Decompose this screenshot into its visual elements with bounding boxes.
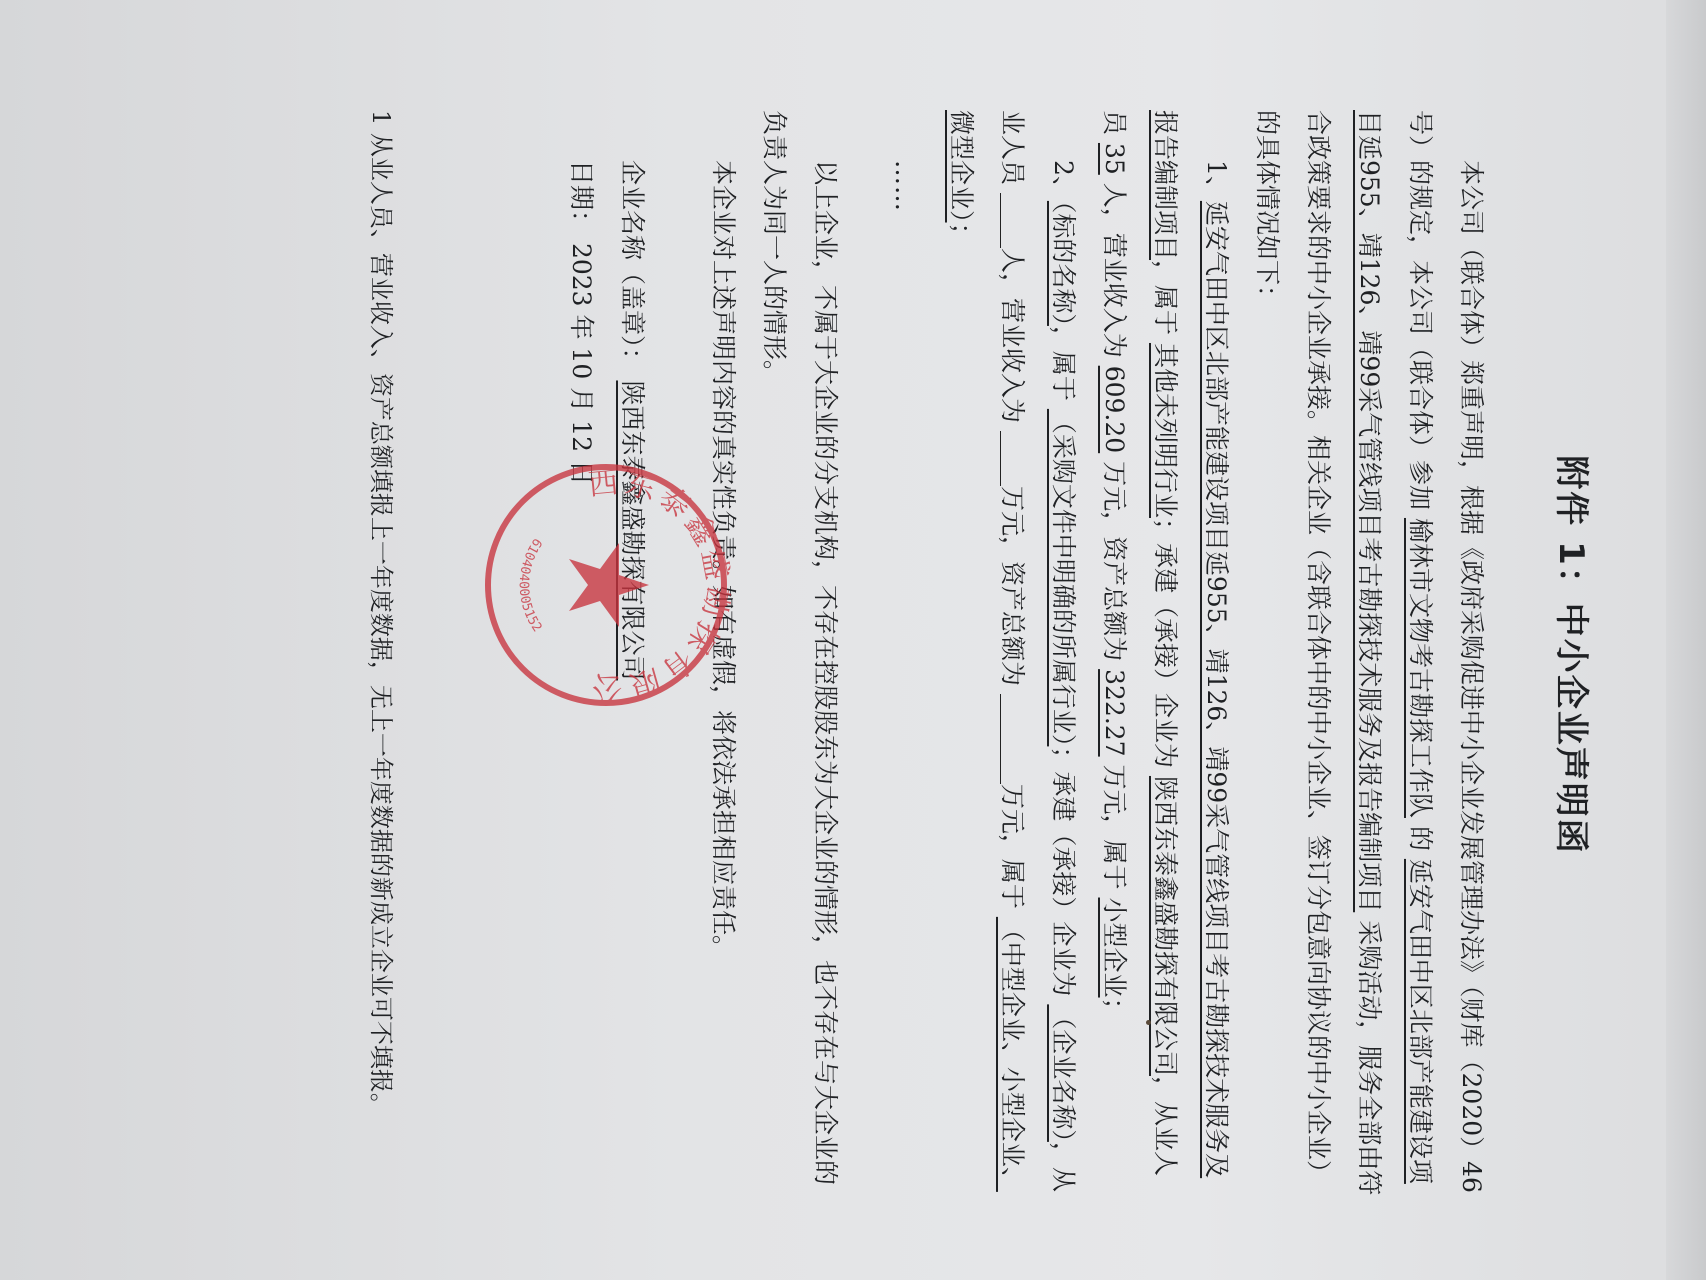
intro-text-b: 的 xyxy=(1406,826,1435,851)
document-title: 附件 1：中小企业声明函 xyxy=(1545,110,1596,1200)
star-icon xyxy=(569,543,649,627)
company-seal: 陕西东泰鑫盛勘探有限公司 6104040005152 xyxy=(481,460,731,710)
item-label: 万元，资产总额为 xyxy=(1100,461,1129,661)
item-contractor: （企业名称） xyxy=(1049,1004,1078,1142)
date-month-unit: 月 xyxy=(567,387,596,412)
item-end: ； xyxy=(947,223,976,248)
item-assets-blank xyxy=(1000,694,1026,784)
signature-label: 企业名称（盖章）： xyxy=(618,160,647,373)
item-label: 人，营业收入为 xyxy=(998,248,1027,423)
buyer-name: 榆林市文物考古勘探工作队 xyxy=(1406,518,1435,818)
date-year-unit: 年 xyxy=(567,315,596,340)
item-number: 1、 xyxy=(1202,160,1231,201)
intro-paragraph: 本公司（联合体）郑重声明，根据《政府采购促进中小企业发展管理办法》（财库（202… xyxy=(1242,110,1497,1200)
date-label: 日期： xyxy=(567,160,596,235)
document-page: 附件 1：中小企业声明函 本公司（联合体）郑重声明，根据《政府采购促进中小企业发… xyxy=(0,20,1706,1260)
footnote: 1 从业人员、营业收入、资产总额填报上一年度数据，无上一年度数据的新成立企业可不… xyxy=(355,110,406,1200)
item-number: 2、 xyxy=(1049,160,1078,201)
item-assets: 322.27 xyxy=(1100,669,1129,756)
date-day: 12 xyxy=(567,420,596,452)
item-subject: （标的名称） xyxy=(1049,201,1078,326)
item-label: ；承建（承接）企业为 xyxy=(1049,746,1078,996)
item-enterprise-type: 小型企业 xyxy=(1100,898,1129,998)
item-label: 万元，属于 xyxy=(998,784,1027,909)
date-month: 10 xyxy=(567,348,596,380)
date-year: 2023 xyxy=(567,243,596,307)
item-end: ； xyxy=(1100,998,1129,1023)
item-employees-blank xyxy=(1000,193,1026,248)
item-label: 万元，资产总额为 xyxy=(998,486,1027,686)
enterprise-item: 2、（标的名称），属于 （采购文件中明确的所属行业）；承建（承接）企业为 （企业… xyxy=(936,110,1089,1200)
item-revenue-blank xyxy=(1000,431,1026,486)
item-label: 人，营业收入为 xyxy=(1100,183,1129,358)
item-label: ，属于 xyxy=(1151,260,1180,335)
item-label: ，属于 xyxy=(1049,326,1078,401)
ellipsis: …… xyxy=(879,110,930,1200)
item-label: 万元，属于 xyxy=(1100,765,1129,890)
item-label: ；承建（承接）企业为 xyxy=(1151,518,1180,768)
enterprise-item: 1、延安气田中区北部产能建设项目延955、靖126、靖99采气管线项目考古勘探技… xyxy=(1089,110,1242,1200)
closing-statement-1: 以上企业，不属于大企业的分支机构，不存在控股股东为大企业的情形，也不存在与大企业… xyxy=(749,110,851,1200)
seal-number: 6104040005152 xyxy=(516,535,545,635)
item-employees: 35 xyxy=(1100,143,1129,175)
item-industry: （采购文件中明确的所属行业） xyxy=(1049,409,1078,747)
item-contractor: 陕西东泰鑫盛勘探有限公司 xyxy=(1151,776,1180,1076)
item-revenue: 609.20 xyxy=(1100,366,1129,453)
item-industry: 其他未列明行业 xyxy=(1151,343,1180,518)
paper-speck xyxy=(1146,1020,1151,1025)
